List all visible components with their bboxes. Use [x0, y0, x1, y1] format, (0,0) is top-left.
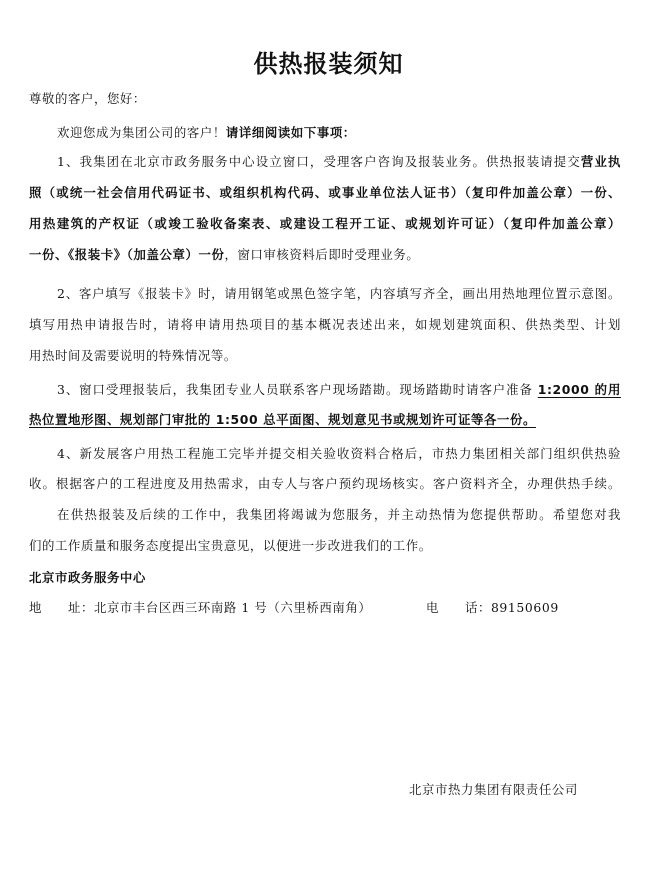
- closing-line1: 在供热报装及后续的工作中，我集团将竭诚为您服务，并主动热情为您提供帮助。希望您对…: [57, 505, 621, 523]
- item3-line1: 3、窗口受理报装后，我集团专业人员联系客户现场踏勘。现场踏勘时请客户准备 1:2…: [57, 380, 621, 398]
- welcome-text: 欢迎您成为集团公司的客户！: [57, 125, 226, 140]
- address-value: 北京市丰台区西三环南路 1 号（六里桥西南角）: [94, 600, 371, 615]
- item3-line2: 热位置地形图、规划部门审批的 1:500 总平面图、规划意见书或规划许可证等各一…: [29, 410, 536, 428]
- center-phone: 电 话：89150609: [426, 598, 559, 616]
- address-label: 地 址：: [29, 600, 94, 615]
- item4-line2: 收。根据客户的工程进度及用热需求，由专人与客户预约现场核实。客户资料齐全，办理供…: [29, 474, 621, 492]
- item2-line2: 填写用热申请报告时，请将申请用热项目的基本概况表述出来，如规划建筑面积、供热类型…: [29, 315, 621, 333]
- item1-bold-end: 一份、《报装卡》（加盖公章）一份: [29, 247, 224, 262]
- item1-line3: 用热建筑的产权证（或竣工验收备案表、或建设工程开工证、或规划许可证）（复印件加盖…: [29, 214, 621, 232]
- signature: 北京市热力集团有限责任公司: [409, 780, 578, 798]
- item1-text: 1、我集团在北京市政务服务中心设立窗口，受理客户咨询及报装业务。供热报装请提交: [57, 154, 581, 169]
- page-title: 供热报装须知: [0, 44, 657, 79]
- item2-line1: 2、客户填写《报装卡》时，请用钢笔或黑色签字笔，内容填写齐全，画出用热地理位置示…: [57, 284, 621, 302]
- item1-line4: 一份、《报装卡》（加盖公章）一份，窗口审核资料后即时受理业务。: [29, 245, 419, 263]
- item1-bold: 营业执: [581, 154, 621, 169]
- welcome-emphasis: 请详细阅读如下事项：: [226, 125, 356, 140]
- item2-line3: 用热时间及需要说明的特殊情况等。: [29, 346, 237, 364]
- item4-line1: 4、新发展客户用热工程施工完毕并提交相关验收资料合格后，市热力集团相关部门组织供…: [57, 444, 621, 462]
- phone-label: 电 话：: [426, 600, 491, 615]
- item1-line2: 照（或统一社会信用代码证书、或组织机构代码、或事业单位法人证书）（复印件加盖公章…: [29, 183, 621, 201]
- greeting: 尊敬的客户，您好：: [29, 89, 146, 107]
- closing-line2: 们的工作质量和服务态度提出宝贵意见，以便进一步改进我们的工作。: [29, 536, 432, 554]
- center-name: 北京市政务服务中心: [29, 568, 146, 586]
- item1-line1: 1、我集团在北京市政务服务中心设立窗口，受理客户咨询及报装业务。供热报装请提交营…: [57, 152, 621, 170]
- item3-text: 3、窗口受理报装后，我集团专业人员联系客户现场踏勘。现场踏勘时请客户准备: [57, 382, 533, 397]
- item1-text-end: ，窗口审核资料后即时受理业务。: [224, 247, 419, 262]
- welcome-line: 欢迎您成为集团公司的客户！请详细阅读如下事项：: [57, 123, 356, 141]
- center-address: 地 址：北京市丰台区西三环南路 1 号（六里桥西南角）: [29, 598, 371, 616]
- item3-bold: 1:2000 的用: [538, 382, 621, 397]
- phone-value: 89150609: [491, 600, 559, 615]
